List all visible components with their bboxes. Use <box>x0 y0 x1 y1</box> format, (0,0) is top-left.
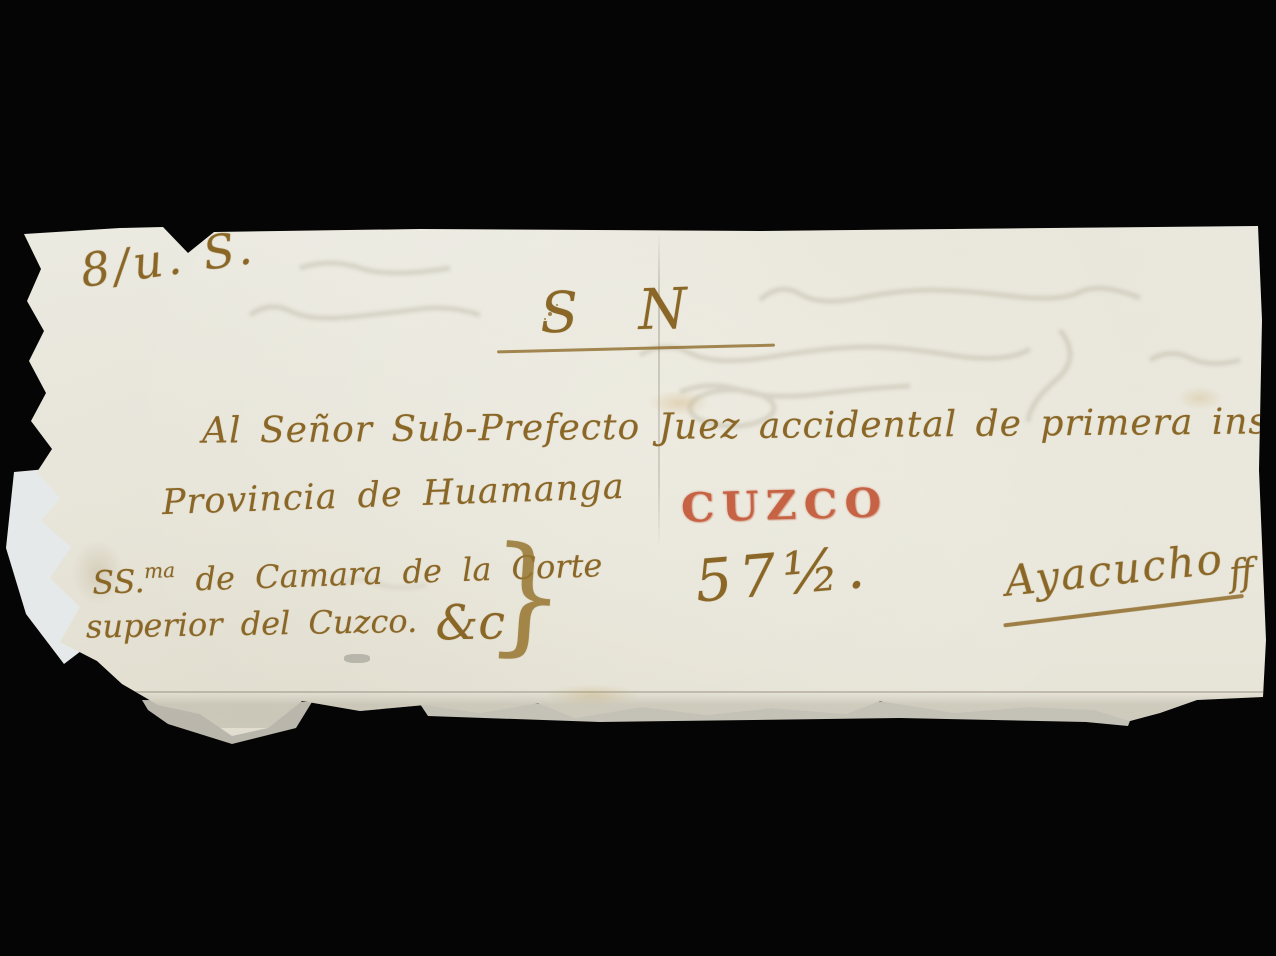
superscription-sn: S N <box>539 281 688 342</box>
grouping-brace: } <box>484 528 570 661</box>
address-line-1: Al Señor Sub-Prefecto Juez accidental de… <box>202 402 1276 449</box>
superscription-underline <box>497 344 775 353</box>
rate-marking: 57½. <box>693 537 874 610</box>
show-through-writing <box>0 0 1276 956</box>
destination-flourish: ff <box>1227 552 1254 595</box>
letter-sheet: 8/u. S. S N Al Señor Sub-Prefecto Juez a… <box>0 0 1276 956</box>
photo-background: 8/u. S. S N Al Señor Sub-Prefecto Juez a… <box>0 0 1276 956</box>
ink-stain <box>545 684 641 706</box>
smudge-mark <box>344 654 370 663</box>
docket-note: 8/u. S. <box>78 224 259 294</box>
destination-text: Ayacucho <box>1002 534 1226 606</box>
sender-line-2: superior del Cuzco. &c <box>86 598 506 653</box>
address-line-2: Provincia de Huamanga <box>162 470 626 521</box>
sender-abbrev: SS. <box>92 562 146 602</box>
cuzco-postmark: CUZCO <box>681 483 889 528</box>
destination: Ayacuchoff <box>1003 535 1254 616</box>
sender-abbrev-superscript: ma <box>144 558 176 583</box>
bottom-fold-crease <box>96 691 1264 693</box>
sender-line-2-text: superior del Cuzco. <box>86 602 418 646</box>
